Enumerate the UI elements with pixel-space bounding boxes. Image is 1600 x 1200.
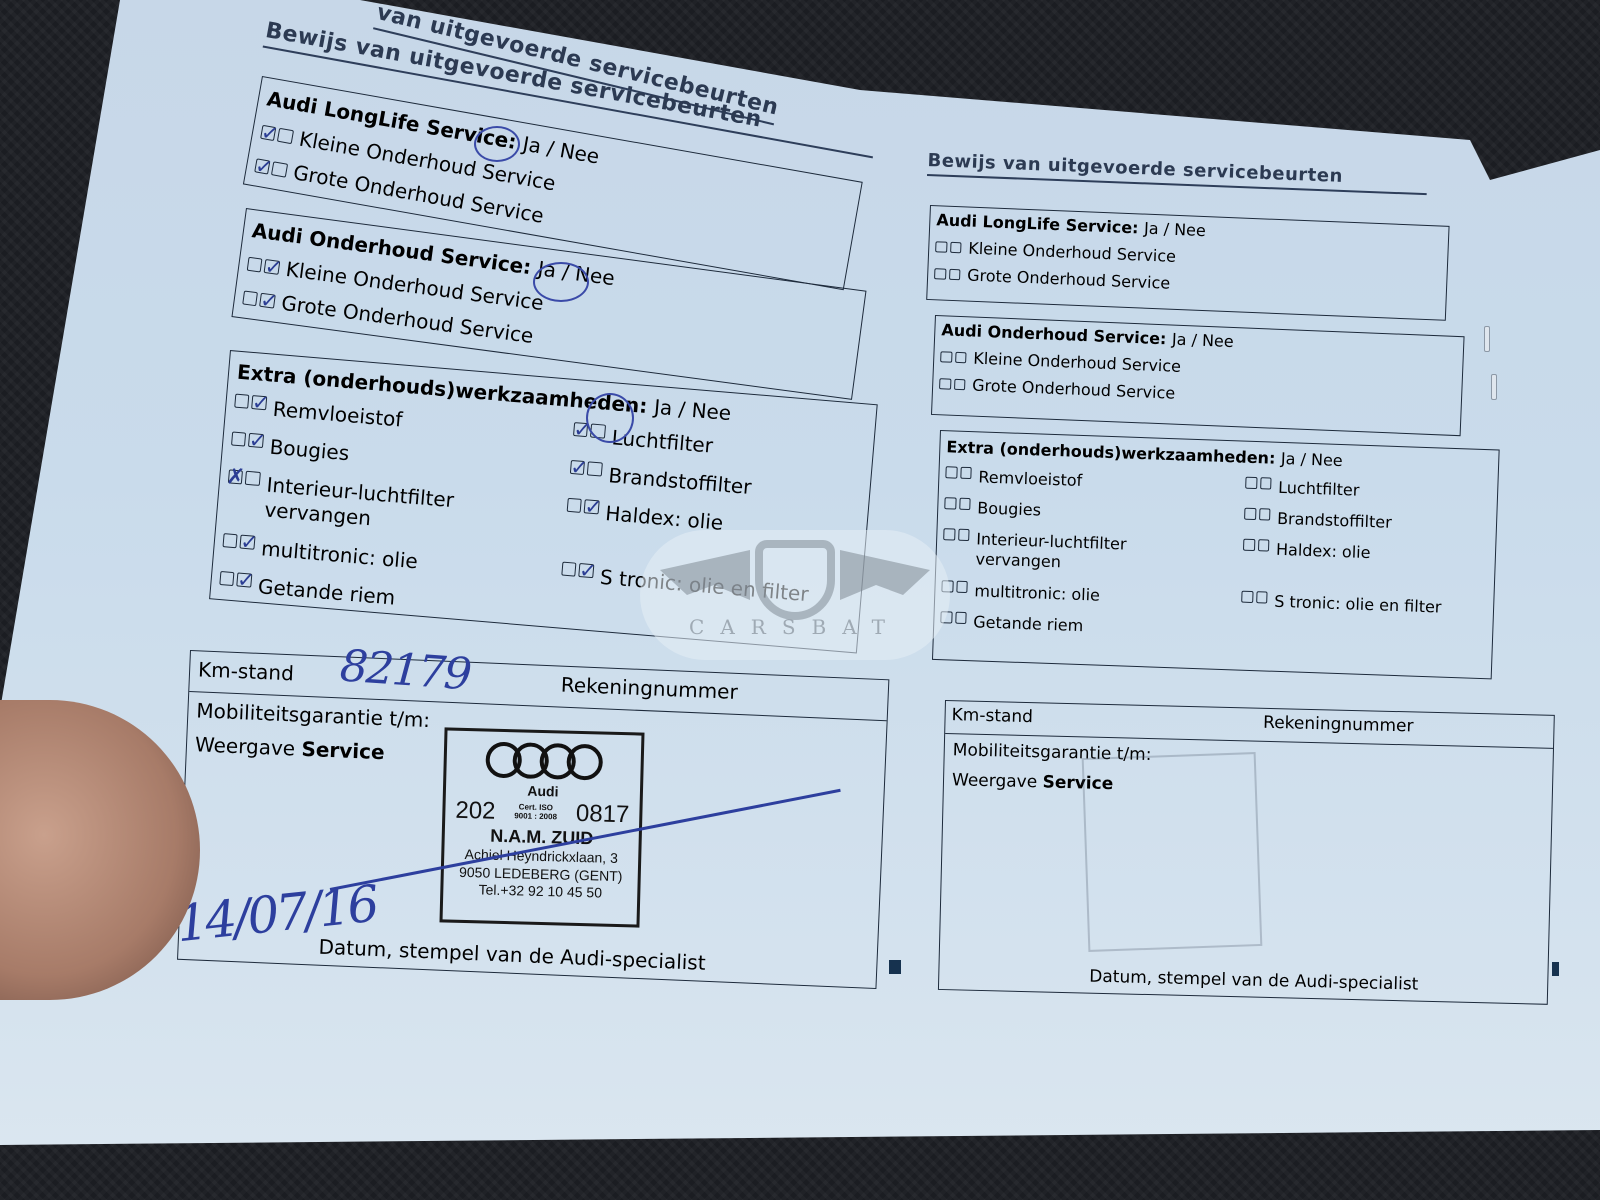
checkbox[interactable] [584,499,600,515]
carsbat-watermark: CARSBAT [640,520,950,670]
list-item: Remvloeistof [945,466,1245,495]
checkbox[interactable] [1260,477,1272,489]
bleed-through-stamp [1082,752,1263,952]
checkbox[interactable] [242,290,258,306]
list-item: Brandstoffilter [1244,508,1485,535]
checkbox[interactable] [959,498,971,510]
dealer-stamp: Audi 202 Cert. ISO9001 : 2008 0817 N.A.M… [439,727,644,927]
display-bold: Service [301,737,385,764]
extra-work-section: Extra (onderhouds)werkzaamheden: Ja / Ne… [932,430,1500,679]
checkbox[interactable] [259,293,275,309]
date-stamp-label: Datum, stempel van de Audi-specialist [1089,967,1419,995]
stamp-code-left: 202 [455,797,496,826]
circle-mark [533,262,589,302]
checkbox[interactable] [1256,591,1268,603]
extra-heading: Extra (onderhouds)werkzaamheden: [946,437,1276,467]
checkbox[interactable] [234,394,250,410]
checkbox[interactable] [958,529,970,541]
checkbox[interactable] [579,563,595,579]
checkbox[interactable] [955,612,967,624]
list-item: Interieur-luchtfilter vervangen [942,528,1243,578]
checkbox[interactable] [228,469,244,485]
checkbox[interactable] [949,269,961,281]
extra-yes-no: Ja / Nee [653,395,732,425]
checkbox[interactable] [1259,508,1271,520]
audi-rings-icon [446,740,641,781]
checkbox[interactable] [277,128,294,145]
checkbox[interactable] [570,460,586,476]
staple [1491,374,1497,400]
checkbox[interactable] [950,242,962,254]
checkbox[interactable] [945,466,957,478]
km-label: Km-stand [198,657,295,689]
invoice-label: Rekeningnummer [1263,713,1414,741]
checkbox[interactable] [1245,477,1257,489]
checkbox[interactable] [944,497,956,509]
checkbox[interactable] [219,571,235,587]
checkbox[interactable] [251,395,267,411]
checkbox[interactable] [939,378,951,390]
checkbox[interactable] [561,562,577,578]
checkbox[interactable] [1244,508,1256,520]
checkbox[interactable] [955,352,967,364]
checkbox[interactable] [231,431,247,447]
checkbox[interactable] [222,533,238,549]
checkbox[interactable] [245,471,261,487]
onderhoud-heading: Audi Onderhoud Service: [941,320,1167,348]
checkbox[interactable] [1241,591,1253,603]
longlife-heading: Audi LongLife Service: [936,210,1139,237]
display-label: Weergave [952,770,1038,792]
onderhoud-yes-no: Ja / Nee [1172,330,1234,351]
onderhoud-service-section: Audi Onderhoud Service: Ja / Nee Kleine … [931,315,1465,436]
list-item: Luchtfilter [1245,477,1486,504]
checkbox[interactable] [254,158,271,175]
watermark-text: CARSBAT [640,615,950,639]
checkbox[interactable] [935,241,947,253]
shield-car-icon [755,540,835,620]
invoice-label: Rekeningnummer [560,673,738,708]
list-item: Haldex: olie [1242,539,1483,587]
circle-mark [586,393,634,443]
handwritten-km: 82179 [338,641,471,701]
longlife-yes-no: Ja / Nee [1144,219,1206,240]
list-item: Bougies [944,497,1244,526]
checkbox[interactable] [940,351,952,363]
checkbox[interactable] [271,161,288,178]
checkbox[interactable] [954,379,966,391]
page-marker [1552,962,1559,976]
extra-yes-no: Ja / Nee [1281,449,1343,470]
staple [1484,326,1490,352]
list-item: Interieur-luchtfilter vervangen [225,469,568,547]
checkbox[interactable] [248,433,264,449]
checkbox[interactable] [247,257,263,273]
checkbox[interactable] [240,535,256,551]
checkbox[interactable] [237,572,253,588]
longlife-yes-no: Ja / Nee [521,132,601,169]
circle-mark [474,126,520,162]
list-item: S tronic: olie en filter [1241,591,1482,618]
km-label: Km-stand [951,705,1033,731]
display-label: Weergave [195,732,296,760]
checkbox[interactable] [264,259,280,275]
checkbox[interactable] [934,268,946,280]
stamp-code-right: 0817 [576,800,630,829]
checkbox[interactable] [1257,539,1269,551]
list-item: Getande riem [940,611,1240,640]
list-item: multitronic: olie [941,580,1241,609]
checkbox[interactable] [260,125,277,142]
checkbox[interactable] [1243,539,1255,551]
stamp-cert-year: 9001 : 2008 [514,811,557,821]
checkbox[interactable] [960,467,972,479]
checkbox[interactable] [587,461,603,477]
stamp-phone: Tel.+32 92 10 45 50 [478,881,602,900]
checkbox[interactable] [567,498,583,514]
checkbox[interactable] [956,581,968,593]
page-marker [889,960,901,974]
